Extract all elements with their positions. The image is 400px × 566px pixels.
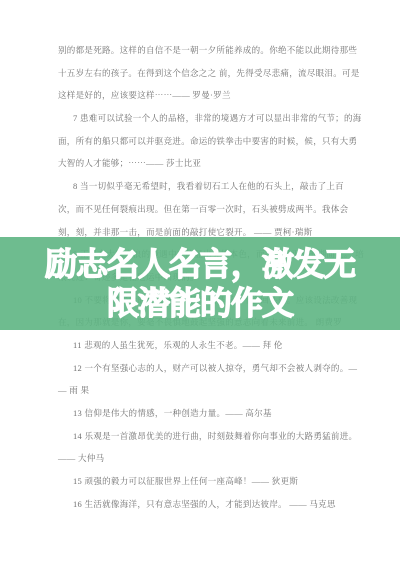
quote-line: 7 患难可以试验一个人的品格，非常的境遇方才可以显出非常的气节；的海 bbox=[58, 107, 350, 130]
scanned-document-page: 别的都是死路。这样的自信不是一朝一夕所能养成的。你绝不能以此期待那些十五岁左右的… bbox=[0, 0, 400, 566]
quote-line: 12 一个有坚强心志的人，财产可以被人掠夺，勇气却不会被人剥夺的。— bbox=[58, 357, 350, 380]
quote-line: 16 生活就像海洋，只有意志坚强的人，才能到达彼岸。 —— 马克思 bbox=[58, 493, 350, 516]
quote-line: 大智的人才能够；⋯⋯—— 莎士比亚 bbox=[58, 152, 350, 175]
quote-line: 15 顽强的毅力可以征服世界上任何一座高峰！—— 狄更斯 bbox=[58, 470, 350, 493]
quote-line: — 雨 果 bbox=[58, 379, 350, 402]
title-banner: 励志名人名言，激发无 限潜能的作文 bbox=[0, 237, 400, 330]
quote-line: 8 当一切似乎毫无希望时，我看着切石工人在他的石头上，敲击了上百 bbox=[58, 175, 350, 198]
banner-title-line1: 励志名人名言，激发无 bbox=[45, 245, 355, 284]
quote-line: 14 乐观是一首激昂优美的进行曲，时刻鼓舞着你向事业的大路勇猛前进。 bbox=[58, 425, 350, 448]
banner-title-line2: 限潜能的作文 bbox=[107, 284, 293, 323]
quote-line: 次，而不见任何裂痕出现。但在第一百零一次时，石头被劈成两半。我体会 bbox=[58, 198, 350, 221]
quote-line: 别的都是死路。这样的自信不是一朝一夕所能养成的。你绝不能以此期待那些 bbox=[58, 39, 350, 62]
quote-line: 面，所有的船只都可以并驱竞进。命运的铁拳击中要害的时候，候，只有大勇 bbox=[58, 130, 350, 153]
quote-line: 11 悲观的人虽生犹死，乐观的人永生不老。—— 拜 伦 bbox=[58, 334, 350, 357]
quote-line: 这样是好的，应该要这样⋯⋯—— 罗曼·罗兰 bbox=[58, 84, 350, 107]
quote-line: 十五岁左右的孩子。在得到这个信念之之 前，先得受尽悲痛，流尽眼泪。可是 bbox=[58, 62, 350, 85]
quote-line: —— 大仲马 bbox=[58, 447, 350, 470]
quote-line: 13 信仰是伟大的情感，一种创造力量。—— 高尔基 bbox=[58, 402, 350, 425]
